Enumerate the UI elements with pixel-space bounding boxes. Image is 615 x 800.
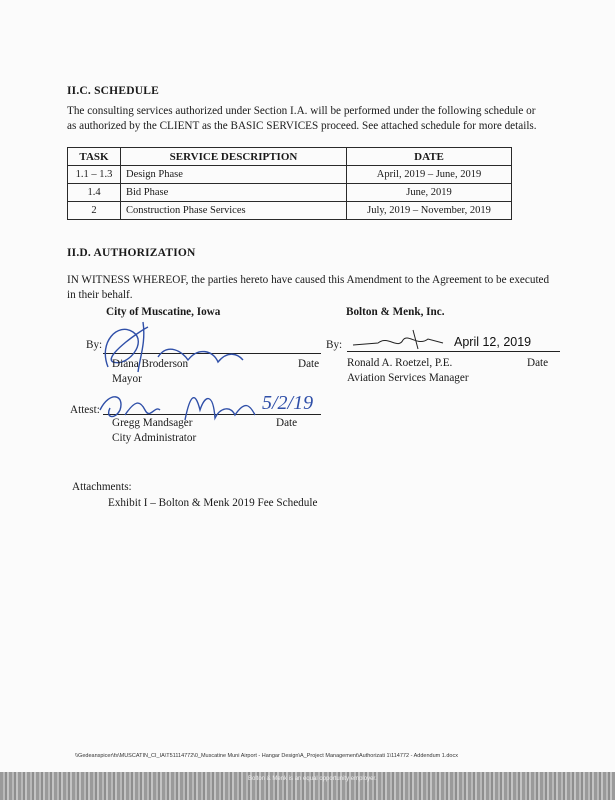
consultant-signature-mark: [348, 325, 468, 355]
service-cell: Bid Phase: [121, 184, 347, 202]
client-date-label: Date: [298, 357, 319, 372]
schedule-paragraph-line-2: as authorized by the CLIENT as the BASIC…: [67, 119, 567, 134]
attachment-item: Exhibit I – Bolton & Menk 2019 Fee Sched…: [108, 496, 317, 511]
footer-equal-opportunity: Bolton & Menk is an equal opportunity em…: [248, 776, 377, 782]
date-cell: April, 2019 – June, 2019: [347, 166, 512, 184]
schedule-table: TASK SERVICE DESCRIPTION DATE 1.1 – 1.3 …: [67, 147, 512, 220]
schedule-heading: II.C. SCHEDULE: [67, 85, 159, 97]
authorization-paragraph-line-1: IN WITNESS WHEREOF, the parties hereto h…: [67, 273, 577, 288]
date-cell: July, 2019 – November, 2019: [347, 202, 512, 220]
consultant-date-label: Date: [527, 356, 548, 371]
table-row: 1.4 Bid Phase June, 2019: [68, 184, 512, 202]
authorization-paragraph-line-2: in their behalf.: [67, 288, 577, 303]
schedule-paragraph: The consulting services authorized under…: [67, 104, 567, 134]
schedule-paragraph-line-1: The consulting services authorized under…: [67, 104, 567, 119]
service-cell: Construction Phase Services: [121, 202, 347, 220]
service-cell: Design Phase: [121, 166, 347, 184]
attest-date-label: Date: [276, 416, 297, 431]
attest-signer-name: Gregg Mandsager: [112, 416, 192, 431]
table-header-row: TASK SERVICE DESCRIPTION DATE: [68, 148, 512, 166]
column-header-date: DATE: [347, 148, 512, 166]
consultant-party-name: Bolton & Menk, Inc.: [346, 305, 445, 320]
task-cell: 2: [68, 202, 121, 220]
task-cell: 1.1 – 1.3: [68, 166, 121, 184]
attachments-label: Attachments:: [72, 480, 132, 495]
table-row: 2 Construction Phase Services July, 2019…: [68, 202, 512, 220]
authorization-heading: II.D. AUTHORIZATION: [67, 247, 196, 259]
consultant-signed-date: April 12, 2019: [454, 335, 531, 349]
consultant-by-label: By:: [326, 338, 342, 353]
date-cell: June, 2019: [347, 184, 512, 202]
column-header-task: TASK: [68, 148, 121, 166]
table-row: 1.1 – 1.3 Design Phase April, 2019 – Jun…: [68, 166, 512, 184]
consultant-signer-name: Ronald A. Roetzel, P.E.: [347, 356, 452, 371]
attest-signer-title: City Administrator: [112, 431, 196, 446]
footer-file-path: \\Gedeanspicer\fs\MUSCATIN_CI_IA\T511147…: [75, 753, 458, 759]
authorization-paragraph: IN WITNESS WHEREOF, the parties hereto h…: [67, 273, 577, 303]
column-header-service: SERVICE DESCRIPTION: [121, 148, 347, 166]
attest-handwritten-date: 5/2/19: [262, 392, 313, 415]
client-signer-name: Diana Broderson: [112, 357, 188, 372]
consultant-signer-title: Aviation Services Manager: [347, 371, 469, 386]
task-cell: 1.4: [68, 184, 121, 202]
footer-scan-bar: Bolton & Menk is an equal opportunity em…: [0, 772, 615, 800]
